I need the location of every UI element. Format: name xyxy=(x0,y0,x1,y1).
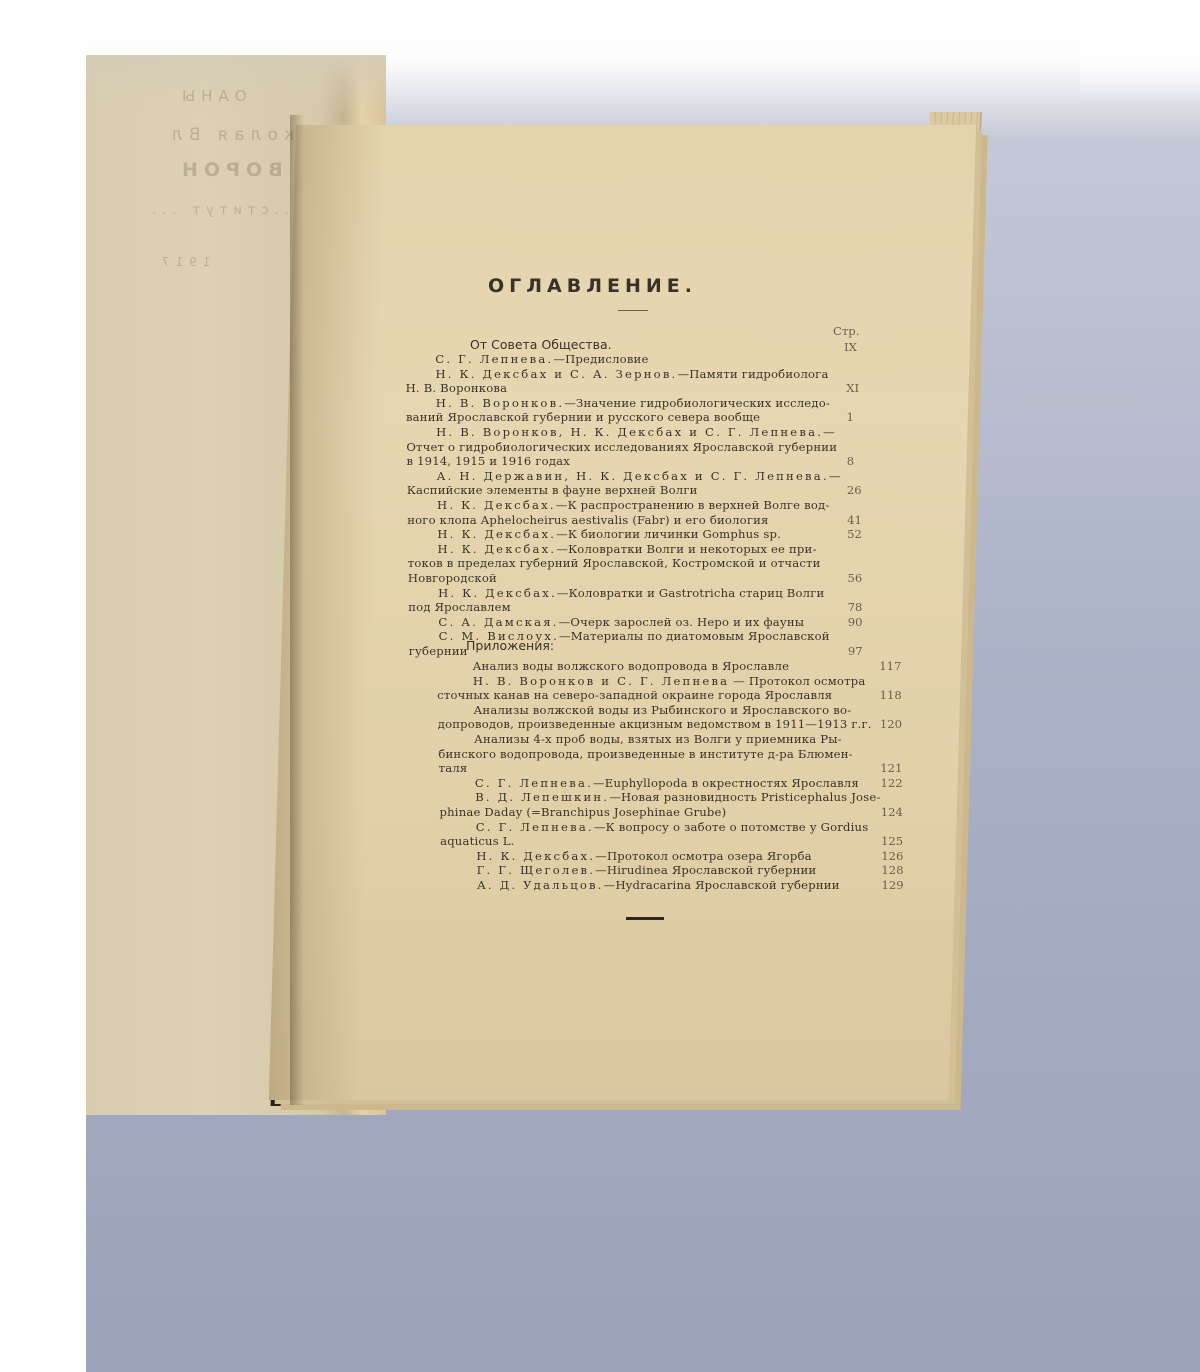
entry-title: Отчет о гидробиологических исследованиях… xyxy=(406,440,837,454)
toc-entry-line: А. Д. Удальцов.—Hydracarina Ярославской … xyxy=(477,878,840,892)
toc-entry-line: С. Г. Лепнева.—К вопросу о заботе о пото… xyxy=(476,820,869,834)
page-number: 97 xyxy=(848,644,863,658)
toc-entry-line: В. Д. Лепешкин.—Новая разновидность Pris… xyxy=(475,790,880,804)
entry-title: ваний Ярославской губернии и русского се… xyxy=(406,410,760,424)
toc-entry-line: С. Г. Лепнева.—Euphyllopoda в окрестност… xyxy=(475,776,859,790)
page-number: 125 xyxy=(881,834,903,848)
entry-title: Анализ воды волжского водопровода в Ярос… xyxy=(473,659,790,673)
page-number: 118 xyxy=(880,688,902,702)
toc-entry-line: бинского водопровода, произведенные в ин… xyxy=(438,747,852,761)
toc-entry-line: Н. К. Дексбах.—К биологии личинки Gomphu… xyxy=(437,527,781,541)
toc-entry-line: Н. К. Дексбах.—Коловратки Волги и некото… xyxy=(438,542,817,556)
toc-entry-line: aquaticus L. xyxy=(440,834,514,848)
page-title: ОГЛАВЛЕНИЕ. xyxy=(488,275,788,297)
page-column-header: Стр. xyxy=(833,324,859,338)
toc-entry-line: Н. К. Дексбах.—К распространению в верхн… xyxy=(437,498,829,512)
toc-entry-line: таля xyxy=(439,761,468,775)
toc-entry-line: Новгородской xyxy=(408,571,497,585)
entry-title: —Новая разновидность Pristicephalus Jose… xyxy=(609,790,880,804)
entry-title: сточных канав на северо-западной окраине… xyxy=(437,688,832,702)
entry-author: С. А. Дамская. xyxy=(438,615,558,629)
toc-entry-line: phinae Daday (=Branchipus Josephinae Gru… xyxy=(440,805,727,819)
entry-author: С. Г. Лепнева. xyxy=(435,352,553,366)
page-number: 120 xyxy=(880,717,902,731)
entry-title: Каспийские элементы в фауне верхней Волг… xyxy=(407,483,698,497)
page-number: 122 xyxy=(880,776,902,790)
toc-entry-line: Н. В. Воронков и С. Г. Лепнева — Протоко… xyxy=(473,674,866,688)
entry-title: в 1914, 1915 и 1916 годах xyxy=(406,454,570,468)
entry-author: С. Г. Лепнева. xyxy=(476,820,594,834)
entry-author: Н. К. Дексбах. xyxy=(476,849,595,863)
entry-author: А. Д. Удальцов. xyxy=(477,878,604,892)
page-number: 56 xyxy=(847,571,862,585)
toc-entry-line: губернии xyxy=(409,644,468,658)
entry-author: Н. В. Воронков и С. Г. Лепнева xyxy=(473,674,729,688)
entry-title: —Протокол осмотра озера Ягорба xyxy=(595,849,812,863)
entry-author: А. Н. Державин, Н. К. Дексбах и С. Г. Ле… xyxy=(437,469,829,483)
toc-entry-line: ного клопа Aphelocheirus aestivalis (Fab… xyxy=(407,513,768,527)
page-number: 128 xyxy=(881,863,903,877)
toc-entry-line: Анализы волжской воды из Рыбинского и Яр… xyxy=(473,703,851,717)
toc-entry-line: Н. В. Воронков, Н. К. Дексбах и С. Г. Ле… xyxy=(436,425,835,439)
entry-title: —Материалы по диатомовым Ярославской xyxy=(559,629,830,643)
entry-title: —Hirudinea Ярославской губернии xyxy=(595,863,816,877)
toc-entry-line: ваний Ярославской губернии и русского се… xyxy=(406,410,760,424)
table-of-contents: ОГЛАВЛЕНИЕ. Стр. От Совета Общества.IXС.… xyxy=(0,0,1200,1372)
page-number: 121 xyxy=(880,761,902,775)
entry-title: Анализы волжской воды из Рыбинского и Яр… xyxy=(473,703,851,717)
title-divider xyxy=(618,310,648,311)
entry-author: Н. К. Дексбах. xyxy=(437,498,556,512)
section-heading: Приложения: xyxy=(466,638,554,653)
entry-title: ного клопа Aphelocheirus aestivalis (Fab… xyxy=(407,513,768,527)
toc-entry-line: Г. Г. Щеголев.—Hirudinea Ярославской губ… xyxy=(477,863,817,877)
entry-author: Н. К. Дексбах и С. А. Зернов. xyxy=(435,367,677,381)
toc-entry-line: Н. К. Дексбах и С. А. Зернов.—Памяти гид… xyxy=(435,367,828,381)
page-number: 90 xyxy=(848,615,863,629)
entry-title: таля xyxy=(439,761,468,775)
entry-title: —К вопросу о заботе о потомстве у Gordiu… xyxy=(594,820,869,834)
section-heading: От Совета Общества. xyxy=(470,337,612,352)
page-number: 78 xyxy=(848,600,863,614)
entry-title: — Протокол осмотра xyxy=(729,674,865,688)
entry-title: Новгородской xyxy=(408,571,497,585)
toc-entry-line: под Ярославлем xyxy=(408,600,511,614)
entry-title: токов в пределах губерний Ярославской, К… xyxy=(408,556,821,570)
page-number: 129 xyxy=(881,878,903,892)
toc-entry-line: Н. В. Воронков.—Значение гидробиологичес… xyxy=(436,396,830,410)
entry-author: С. Г. Лепнева. xyxy=(475,776,593,790)
entry-author: Н. В. Воронков. xyxy=(436,396,564,410)
toc-entry-line: Н. К. Дексбах.—Коловратки и Gastrotricha… xyxy=(438,586,824,600)
entry-title: допроводов, произведенные акцизным ведом… xyxy=(438,717,872,731)
entry-title: —К распространению в верхней Волге вод- xyxy=(556,498,830,512)
page-number: 126 xyxy=(881,849,903,863)
toc-entry-line: Н. В. Воронкова xyxy=(406,381,508,395)
entry-title: —Очерк зарослей оз. Неро и их фауны xyxy=(559,615,805,629)
toc-entry-line: сточных канав на северо-западной окраине… xyxy=(437,688,832,702)
entry-author: Н. К. Дексбах. xyxy=(438,586,557,600)
page-number: 52 xyxy=(847,527,862,541)
entry-title: губернии xyxy=(409,644,468,658)
entry-title: —Коловратки и Gastrotricha стариц Волги xyxy=(557,586,825,600)
entry-author: Г. Г. Щеголев. xyxy=(477,863,595,877)
entry-author: В. Д. Лепешкин. xyxy=(475,790,609,804)
entry-title: Н. В. Воронкова xyxy=(406,381,508,395)
page-number: 41 xyxy=(847,513,862,527)
toc-entry-line: Каспийские элементы в фауне верхней Волг… xyxy=(407,483,698,497)
entry-author: Н. К. Дексбах. xyxy=(437,527,556,541)
toc-entry-line: Анализы 4-х проб воды, взятых из Волги у… xyxy=(474,732,842,746)
entry-title: — xyxy=(829,469,841,483)
entry-title: под Ярославлем xyxy=(408,600,511,614)
toc-entry-line: Н. К. Дексбах.—Протокол осмотра озера Яг… xyxy=(476,849,811,863)
toc-entry-line: в 1914, 1915 и 1916 годах xyxy=(406,454,570,468)
page-number: 26 xyxy=(847,483,862,497)
entry-title: —Значение гидробиологических исследо- xyxy=(564,396,830,410)
toc-entry-line: допроводов, произведенные акцизным ведом… xyxy=(438,717,872,731)
page-number: 117 xyxy=(879,659,901,673)
page-number: 124 xyxy=(881,805,903,819)
toc-entry-line: Анализ воды волжского водопровода в Ярос… xyxy=(473,659,790,673)
toc-entry-line: А. Н. Державин, Н. К. Дексбах и С. Г. Ле… xyxy=(437,469,841,483)
entry-author: Н. К. Дексбах. xyxy=(438,542,557,556)
page-number: 1 xyxy=(846,410,853,424)
toc-entry-line: токов в пределах губерний Ярославской, К… xyxy=(408,556,821,570)
toc-entry-line: С. Г. Лепнева.—Предисловие xyxy=(435,352,648,366)
page-number: 8 xyxy=(847,454,854,468)
entry-title: —Euphyllopoda в окрестностях Ярославля xyxy=(593,776,859,790)
entry-title: —Коловратки Волги и некоторых ее при- xyxy=(556,542,816,556)
page-number: IX xyxy=(844,340,857,354)
entry-author: Н. В. Воронков, Н. К. Дексбах и С. Г. Ле… xyxy=(436,425,823,439)
entry-title: — xyxy=(823,425,835,439)
entry-title: Анализы 4-х проб воды, взятых из Волги у… xyxy=(474,732,842,746)
toc-entry-line: С. А. Дамская.—Очерк зарослей оз. Неро и… xyxy=(438,615,804,629)
entry-title: aquaticus L. xyxy=(440,834,514,848)
entry-title: —К биологии личинки Gomphus sp. xyxy=(556,527,781,541)
entry-title: бинского водопровода, произведенные в ин… xyxy=(438,747,852,761)
entry-title: phinae Daday (=Branchipus Josephinae Gru… xyxy=(440,805,727,819)
entry-title: —Hydracarina Ярославской губернии xyxy=(604,878,840,892)
page-number: XI xyxy=(846,381,859,395)
entry-title: —Предисловие xyxy=(553,352,648,366)
entry-title: —Памяти гидробиолога xyxy=(677,367,828,381)
end-divider xyxy=(626,917,664,920)
toc-entry-line: Отчет о гидробиологических исследованиях… xyxy=(406,440,837,454)
